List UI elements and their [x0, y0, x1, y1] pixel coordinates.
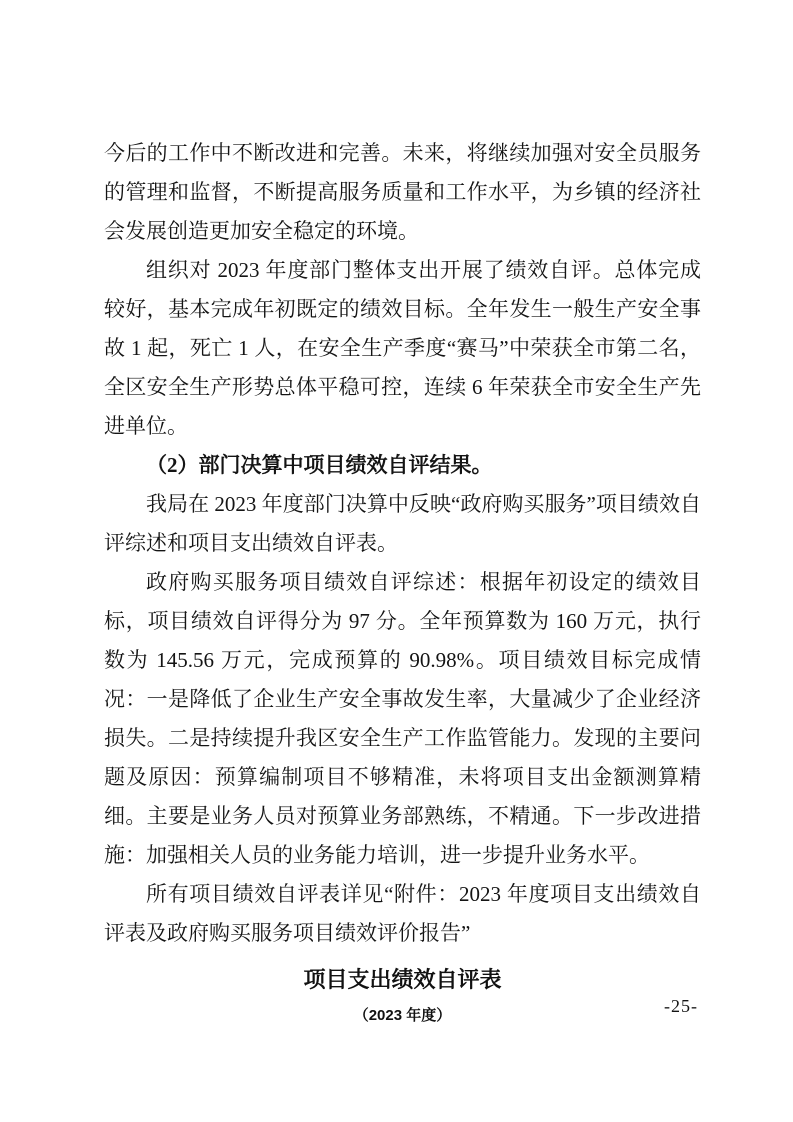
paragraph-improvement-outlook: 今后的工作中不断改进和完善。未来，将继续加强对安全员服务的管理和监督，不断提高服… [104, 134, 701, 251]
paragraph-final-accounts-statement: 我局在 2023 年度部门决算中反映“政府购买服务”项目绩效自评综述和项目支出绩… [104, 485, 701, 563]
document-content: 今后的工作中不断改进和完善。未来，将继续加强对安全员服务的管理和监督，不断提高服… [104, 134, 701, 1033]
table-title: 项目支出绩效自评表 [104, 961, 701, 999]
section-heading: （2）部门决算中项目绩效自评结果。 [104, 446, 701, 485]
paragraph-attachment-note: 所有项目绩效自评表详见“附件：2023 年度项目支出绩效自评表及政府购买服务项目… [104, 875, 701, 953]
table-subtitle: （2023 年度） [104, 999, 701, 1033]
document-page: 今后的工作中不断改进和完善。未来，将继续加强对安全员服务的管理和监督，不断提高服… [0, 0, 793, 1122]
paragraph-gov-purchase-summary: 政府购买服务项目绩效自评综述：根据年初设定的绩效目标，项目绩效自评得分为 97 … [104, 563, 701, 875]
paragraph-overall-self-evaluation: 组织对 2023 年度部门整体支出开展了绩效自评。总体完成较好，基本完成年初既定… [104, 251, 701, 446]
page-number: -25- [664, 995, 698, 1017]
